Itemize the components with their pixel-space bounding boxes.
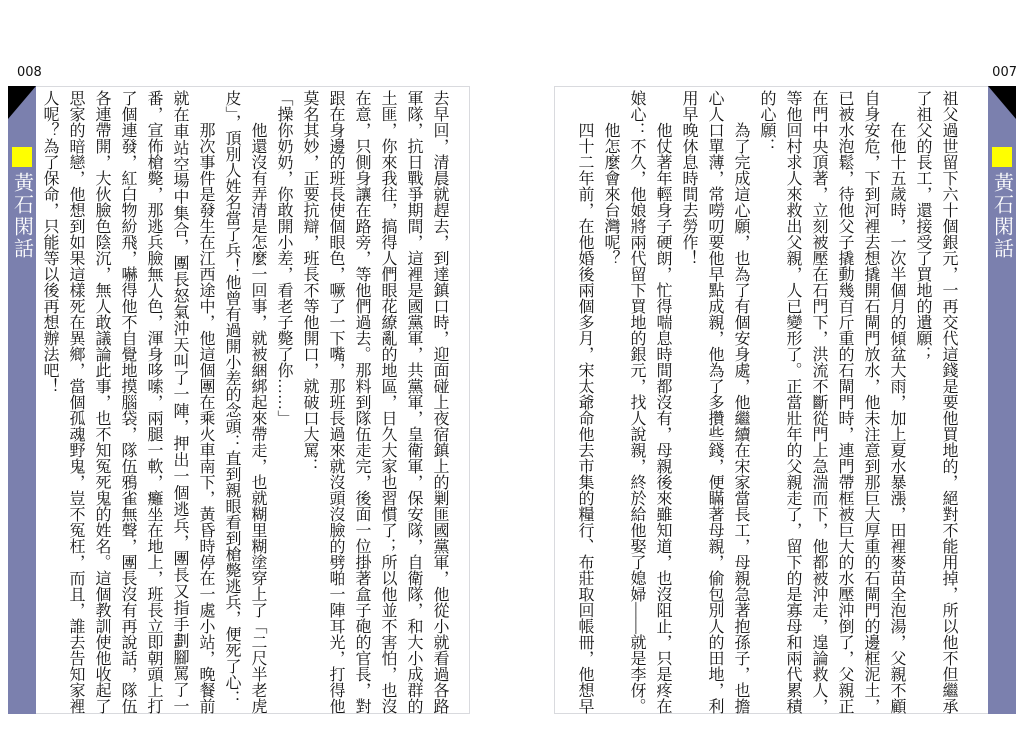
paragraph: 他怎麼會來台灣呢？	[597, 90, 623, 714]
side-band-right: 黃石閑話	[988, 86, 1016, 714]
paragraph: 他仗著年輕身子硬朗，忙得喘息時間都沒有，母親後來雖知道，也沒阻止，只是疼在娘心：…	[623, 90, 675, 714]
paragraph: 那次事件是發生在江西途中，他這個團在乘火車南下，黃昏時停在一處小站，晚餐前就在車…	[38, 90, 218, 714]
paragraph: 祖父過世留下六十個銀元，一再交代這錢是要他買地的，絕對不能用掉，所以他不但繼承了…	[909, 90, 961, 714]
paragraph: 去早回，清晨就趕去，到達鎮口時，迎面碰上夜宿鎮上的剿匪國黨軍，他從小就看過各路軍…	[296, 90, 452, 714]
corner-fold-decoration	[8, 86, 36, 119]
paragraph: 在他十五歲時，一次半個月的傾盆大雨，加上夏水暴漲，田裡麥苗全泡湯，父親不顧自身安…	[753, 90, 909, 714]
page-left: 黃石閑話 去早回，清晨就趕去，到達鎮口時，迎面碰上夜宿鎮上的剿匪國黨軍，他從小就…	[8, 86, 470, 714]
paragraph: 為了完成這心願，也為了有個安身處，他繼續在宋家當長工，母親急著抱孫子，也擔心人口…	[675, 90, 753, 714]
book-title-vertical: 黃石閑話	[988, 172, 1017, 260]
page-text-left: 去早回，清晨就趕去，到達鎮口時，迎面碰上夜宿鎮上的剿匪國黨軍，他從小就看過各路軍…	[38, 90, 452, 714]
page-number-left: 008	[17, 65, 42, 80]
page-text-right: 祖父過世留下六十個銀元，一再交代這錢是要他買地的，絕對不能用掉，所以他不但繼承了…	[573, 90, 961, 714]
book-title-vertical: 黃石閑話	[8, 172, 37, 260]
paragraph: 他還沒有弄清是怎麼一回事，就被綑綁起來帶走，也就糊里糊塗穿上了「二尺半老虎皮」，…	[218, 90, 270, 714]
band-bullet-square	[992, 147, 1012, 167]
paragraph: 四十二年前，在他婚後兩個多月，宋太爺命他去市集的糧行、布莊取回帳冊，他想早	[573, 90, 597, 714]
paragraph: 「操你奶奶，你敢開小差，看老子斃了你……」	[270, 90, 296, 714]
band-bullet-square	[12, 147, 32, 167]
page-number-right: 007	[992, 65, 1017, 80]
side-band-left: 黃石閑話	[8, 86, 36, 714]
corner-fold-decoration	[988, 86, 1016, 119]
page-right: 黃石閑話 祖父過世留下六十個銀元，一再交代這錢是要他買地的，絕對不能用掉，所以他…	[554, 86, 1016, 714]
